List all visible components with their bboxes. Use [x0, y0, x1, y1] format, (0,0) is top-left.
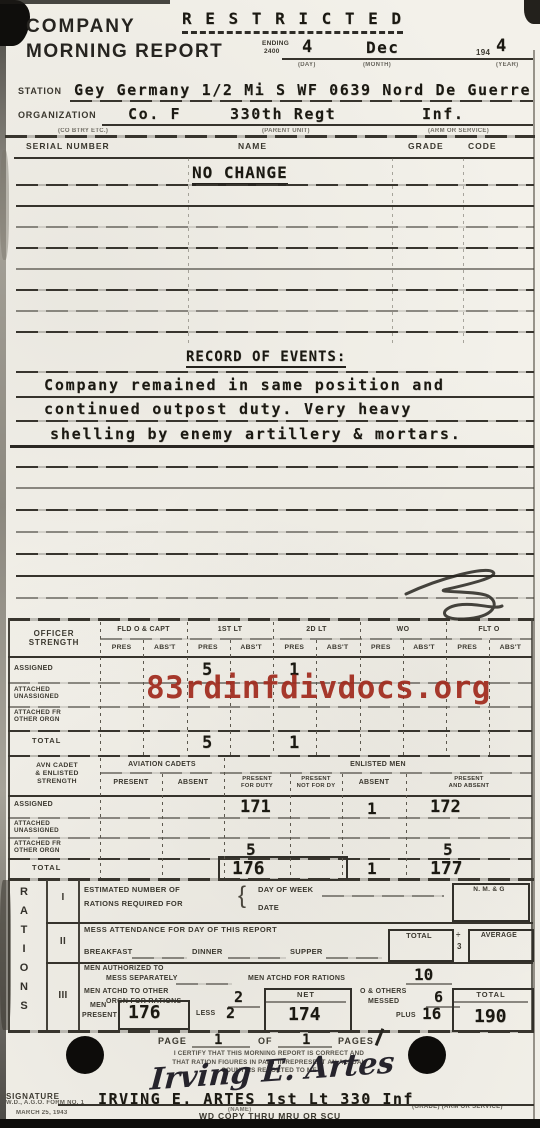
- col-enlisted-absent: ABSENT: [342, 779, 406, 787]
- organization-parent-sublabel: (PARENT UNIT): [262, 128, 310, 135]
- day-of-week-rule: [322, 895, 444, 897]
- mess-attendance-title: MESS ATTENDANCE FOR DAY OF THIS REPORT: [84, 926, 277, 935]
- enlisted-assigned-pres-abs: 172: [430, 797, 461, 817]
- events-line-3: shelling by enemy artillery & mortars.: [50, 425, 462, 443]
- rations-part1-numeral: I: [48, 892, 78, 904]
- rations-bottom-rule: [8, 1030, 534, 1033]
- pages-label: PAGES: [338, 1036, 374, 1046]
- avn-col-divider: [342, 774, 343, 878]
- scan-artifact-top-edge: [0, 0, 170, 4]
- rule-line: [16, 289, 534, 291]
- rule-line: [16, 509, 534, 511]
- men-authorized-line1: MEN AUTHORIZED TO: [84, 965, 164, 973]
- handwritten-initial-mark: [398, 564, 513, 626]
- avn-row-assigned-label: ASSIGNED: [14, 801, 53, 809]
- station-value: Gey Germany 1/2 Mi S WF 0639 Nord De Gue…: [74, 81, 531, 99]
- avn-col-divider: [406, 774, 407, 878]
- officer-col-divider: [143, 640, 144, 755]
- plus-value: 16: [422, 1004, 441, 1023]
- station-rule-line: [70, 100, 533, 102]
- enlisted-total-pfd: 176: [232, 858, 265, 879]
- section-divider-heavy: [5, 135, 535, 138]
- enlisted-assigned-absent: 1: [367, 799, 377, 818]
- organization-unit-value: Co. F: [128, 105, 181, 123]
- enlisted-assigned-pfd: 171: [240, 797, 271, 817]
- officer-table-bottom-rule: [8, 755, 532, 757]
- rations-part-divider: [46, 962, 533, 964]
- organization-label: ORGANIZATION: [18, 110, 96, 120]
- supper-label: SUPPER: [290, 948, 323, 957]
- organization-arm-value: Inf.: [422, 105, 465, 123]
- table-left-border: [8, 618, 10, 1032]
- officer-group-fldo-capt: FLD O & CAPT: [100, 626, 187, 634]
- organization-rule-line: [102, 124, 533, 126]
- morning-report-document: COMPANY MORNING REPORT R E S T R I C T E…: [0, 0, 540, 1128]
- date-rule-line: [282, 58, 533, 60]
- officer-strength-header-line1: OFFICER: [34, 629, 75, 638]
- label-line: ATTACHED: [14, 820, 50, 827]
- table-right-border: [531, 618, 533, 1032]
- label-line: PRESENT: [301, 776, 330, 782]
- pages-value: 1: [302, 1032, 310, 1048]
- organization-arm-sublabel: (ARM OR SERVICE): [428, 128, 489, 135]
- rule-line: [16, 466, 534, 468]
- page-label: PAGE: [158, 1036, 187, 1046]
- label-line: PRESENT: [454, 776, 483, 782]
- col-present-and-absent: PRESENT AND ABSENT: [406, 776, 532, 789]
- col-abst-label: ABS'T: [316, 644, 359, 652]
- col-present-for-duty: PRESENT FOR DUTY: [224, 776, 290, 789]
- label-line: AND ABSENT: [449, 783, 490, 789]
- dinner-rule: [228, 957, 286, 959]
- value-rule: [406, 983, 452, 985]
- col-abst-label: ABS'T: [230, 644, 273, 652]
- avn-group-underline: [100, 772, 532, 774]
- label-line: AVN CADET: [36, 762, 78, 769]
- label-line: STRENGTH: [37, 778, 77, 785]
- date-day-value: 4: [302, 37, 312, 57]
- men-atchd-other-line1: MEN ATCHD TO OTHER: [84, 988, 169, 996]
- roster-divider-2: [392, 158, 393, 346]
- officer-strength-header: OFFICER STRENGTH: [8, 629, 100, 647]
- roster-col-serial: SERIAL NUMBER: [26, 142, 110, 152]
- avn-col-divider: [224, 758, 225, 878]
- ending-time: 2400: [264, 48, 280, 55]
- col-cadets-absent: ABSENT: [162, 779, 224, 787]
- col-pres-label: PRES: [273, 644, 316, 652]
- enlisted-attached-fr-pres-abs: 5: [443, 840, 453, 859]
- average-box-label: AVERAGE: [468, 932, 530, 940]
- total-box-divider: [454, 1001, 528, 1003]
- officer-table-top-rule: [8, 618, 534, 621]
- website-watermark: 83rdinfdivdocs.org: [146, 670, 491, 706]
- officer-row-attached-unassigned-label: ATTACHED UNASSIGNED: [14, 686, 59, 700]
- officer-row-total-label: TOTAL: [32, 737, 61, 746]
- rule-line: [10, 445, 534, 448]
- label-line: OTHER ORGN: [14, 847, 60, 854]
- rations-col-divider: [78, 880, 80, 1032]
- rule-line: [16, 205, 534, 207]
- avn-col-divider: [162, 774, 163, 878]
- label-line: NOT FOR DY: [297, 783, 336, 789]
- others-line2: MESSED: [368, 998, 399, 1006]
- station-label: STATION: [18, 86, 62, 96]
- breakfast-rule: [132, 957, 187, 959]
- col-pres-label: PRES: [446, 644, 489, 652]
- mess-total-box-label: TOTAL: [388, 932, 450, 941]
- avn-row-attached-unassigned-label: ATTACHED UNASSIGNED: [14, 820, 59, 834]
- officer-group-wo: WO: [360, 626, 446, 634]
- form-title-line1: COMPANY: [26, 16, 136, 38]
- net-value: 174: [288, 1004, 321, 1025]
- rule-line: [16, 396, 534, 398]
- label-line: OTHER ORGN: [14, 716, 60, 723]
- year-prefix: 194: [476, 48, 490, 57]
- officer-row-attached-fr-label: ATTACHED FR OTHER ORGN: [14, 709, 61, 723]
- avn-col-divider: [290, 774, 291, 878]
- rule-line: [16, 371, 534, 373]
- officer-total-2dlt-pres: 1: [289, 733, 299, 753]
- rations-part-divider: [46, 922, 533, 924]
- roster-header-rule: [14, 157, 534, 159]
- officer-total-1stlt-pres: 5: [202, 733, 212, 753]
- row-rule: [8, 706, 532, 708]
- rule-line: [16, 553, 534, 555]
- nmg-box-label: N. M. & G: [452, 886, 526, 893]
- ending-label: ENDING: [262, 40, 289, 47]
- record-of-events-title: RECORD OF EVENTS:: [186, 349, 346, 368]
- men-atchd-rations-label: MEN ATCHD FOR RATIONS: [248, 975, 345, 983]
- day-of-week-label: DAY OF WEEK: [258, 886, 313, 895]
- roster-divider-3: [463, 158, 464, 346]
- officer-header-rule: [8, 656, 532, 658]
- enlisted-total-absent: 1: [367, 859, 377, 878]
- events-line-2: continued outpost duty. Very heavy: [44, 400, 412, 418]
- less-label: LESS: [196, 1010, 215, 1018]
- breakfast-label: BREAKFAST: [84, 948, 133, 957]
- label-line: UNASSIGNED: [14, 693, 59, 700]
- enlisted-total-pres-abs: 177: [430, 858, 463, 879]
- col-present-not-for-duty: PRESENT NOT FOR DY: [290, 776, 342, 789]
- rule-line: [16, 247, 534, 249]
- men-atchd-other-value: 2: [234, 988, 243, 1006]
- men-present-line1: MEN: [90, 1002, 106, 1010]
- rations-total-box-label: TOTAL: [452, 991, 530, 1000]
- plus-label: PLUS: [396, 1012, 416, 1020]
- form-date: MARCH 25, 1943: [16, 1110, 68, 1117]
- col-abst-label: ABS'T: [402, 644, 445, 652]
- rations-brace: {: [238, 882, 246, 910]
- net-box-label: NET: [264, 991, 348, 1000]
- row-rule: [8, 817, 532, 819]
- label-line: PRESENT: [242, 776, 271, 782]
- dinner-label: DINNER: [192, 948, 223, 957]
- group-enlisted-men: ENLISTED MEN: [224, 761, 532, 769]
- label-line: FOR DUTY: [241, 783, 273, 789]
- col-pres-label: PRES: [186, 644, 229, 652]
- men-present-value: 176: [128, 1002, 161, 1023]
- col-pres-label: PRES: [100, 644, 143, 652]
- officer-row-assigned-label: ASSIGNED: [14, 665, 53, 673]
- officer-group-2d-lt: 2D LT: [273, 626, 360, 634]
- roster-entry: NO CHANGE: [192, 163, 288, 186]
- scan-artifact-top-right-mark: [524, 0, 540, 24]
- scan-artifact-left-smudge-1: [0, 150, 9, 260]
- officer-strength-header-line2: STRENGTH: [29, 638, 79, 647]
- men-authorized-line2: MESS SEPARATELY: [106, 975, 178, 983]
- row-rule: [8, 837, 532, 839]
- month-sublabel: (MONTH): [363, 62, 391, 69]
- grade-sublabel: (GRADE) (ARM OR SERVICE): [412, 1104, 503, 1111]
- avn-row-attached-fr-label: ATTACHED FR OTHER ORGN: [14, 840, 61, 854]
- of-label: OF: [258, 1036, 273, 1046]
- label-line: ATTACHED FR: [14, 840, 61, 847]
- col-abst-label: ABS'T: [143, 644, 186, 652]
- rations-part1-line1: ESTIMATED NUMBER OF: [84, 886, 180, 895]
- col-pres-label: PRES: [359, 644, 402, 652]
- col-abst-label: ABS'T: [489, 644, 532, 652]
- page-value: 1: [214, 1032, 222, 1048]
- group-aviation-cadets: AVIATION CADETS: [100, 761, 224, 769]
- rule-line: [16, 268, 534, 270]
- roster-col-grade: GRADE: [408, 142, 444, 152]
- copy-routing-line: WD COPY THRU MRU OR SCU: [170, 1112, 370, 1122]
- rations-total-value: 190: [474, 1006, 507, 1027]
- roster-col-code: CODE: [468, 142, 497, 152]
- less-value: 2: [226, 1004, 235, 1022]
- officer-group-1st-lt: 1ST LT: [187, 626, 273, 634]
- date-month-value: Dec: [366, 38, 399, 57]
- others-line1: O & OTHERS: [360, 988, 407, 996]
- avn-enlisted-header: AVN CADET & ENLISTED STRENGTH: [14, 762, 100, 785]
- rule-line: [16, 531, 534, 533]
- net-box-divider: [266, 1001, 346, 1003]
- form-title-line2: MORNING REPORT: [26, 41, 223, 63]
- officer-group-flt-o: FLT O: [446, 626, 532, 634]
- date-label: DATE: [258, 904, 279, 913]
- divisor-top: ÷: [456, 930, 461, 939]
- rule-line: [16, 331, 534, 333]
- row-rule: [8, 730, 532, 732]
- rule-line: [16, 420, 534, 422]
- rations-part1-line2: RATIONS REQUIRED FOR: [84, 900, 183, 909]
- rule-line: [16, 487, 534, 489]
- organization-parent-value: 330th Regt: [230, 105, 336, 123]
- mess-separately-rule: [176, 983, 232, 985]
- roster-divider-1: [188, 158, 189, 346]
- date-year-value: 4: [496, 36, 506, 56]
- rations-part2-numeral: II: [48, 936, 78, 948]
- organization-unit-sublabel: (CO BTRY ETC.): [58, 128, 108, 135]
- punch-hole-left: [66, 1036, 104, 1074]
- rule-line: [16, 226, 534, 228]
- rations-side-label: RATIONS: [18, 886, 30, 1028]
- label-line: UNASSIGNED: [14, 827, 59, 834]
- rule-line: [16, 310, 534, 312]
- label-line: & ENLISTED: [35, 770, 78, 777]
- label-line: ATTACHED FR: [14, 709, 61, 716]
- classification-banner: R E S T R I C T E D: [182, 9, 403, 34]
- label-line: ATTACHED: [14, 686, 50, 693]
- day-sublabel: (DAY): [298, 62, 316, 69]
- events-line-1: Company remained in same position and: [44, 376, 445, 394]
- men-atchd-rations-value: 10: [414, 965, 433, 984]
- year-sublabel: (YEAR): [496, 62, 518, 69]
- avn-col-divider: [100, 758, 101, 878]
- roster-col-name: NAME: [238, 142, 267, 152]
- officer-col-divider: [100, 622, 101, 755]
- supper-rule: [326, 957, 382, 959]
- avn-row-total-label: TOTAL: [32, 864, 61, 873]
- rations-part3-numeral: III: [48, 990, 78, 1002]
- form-number: W.D., A.G.O. FORM NO. 1: [6, 1100, 84, 1107]
- col-cadets-present: PRESENT: [100, 779, 162, 787]
- rule-line: [16, 184, 534, 186]
- men-present-line2: PRESENT: [82, 1012, 117, 1020]
- divisor-bottom: 3: [457, 942, 462, 951]
- rations-top-rule: [8, 878, 534, 881]
